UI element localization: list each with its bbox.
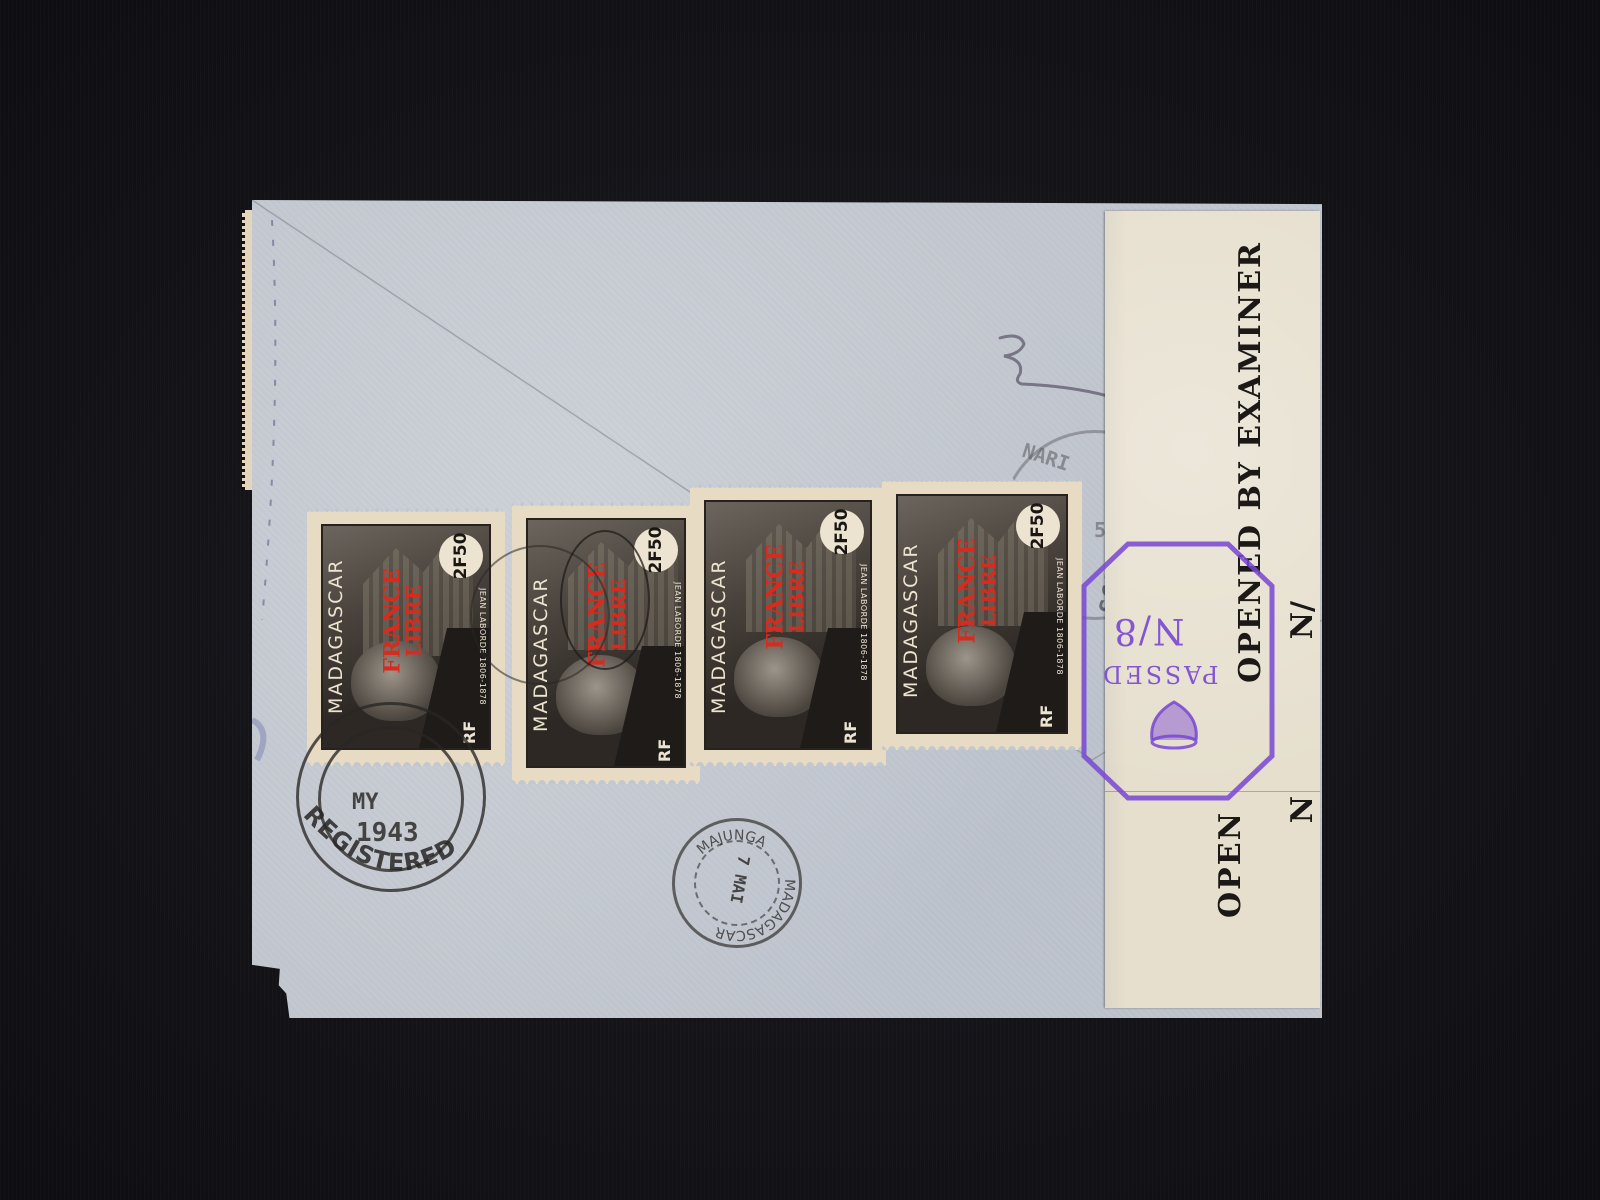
stamp-value: 2F50 [1028,502,1048,549]
passed-handstamp-number: N/8 [1112,610,1185,651]
stamp-design: 2F50 JEAN LABORDE 1806-1878 FRANCELIBRE … [321,524,491,750]
stamp-overprint: FRANCELIBRE [353,566,453,676]
stamp-rf-emblem: RF [1037,705,1056,728]
stamp-design: 2F50 JEAN LABORDE 1806-1878 FRANCELIBRE … [896,494,1068,734]
censor-label-number: N/ [1285,601,1320,639]
overprint-line2: LIBRE [979,538,999,643]
stamp-country: MADAGASCAR [900,508,922,698]
stamp-value: 2F50 [451,532,471,579]
censor-label-text: OPENED BY EXAMINER [1233,241,1268,683]
svg-text:MADAGASCAR: MADAGASCAR [713,879,797,943]
stamp-country: MADAGASCAR [325,524,347,714]
passed-handstamp-word: PASSED [1100,660,1219,688]
crown-icon [1145,698,1203,750]
stamp-overprint: FRANCELIBRE [736,542,836,652]
stamp-inscription: JEAN LABORDE 1806-1878 [673,582,682,699]
stamp-inscription: JEAN LABORDE 1806-1878 [859,564,868,681]
stamp-rf-emblem: RF [655,739,674,762]
censor-label-repeat-text: OPEN [1213,811,1248,918]
stamp: 2F50 JEAN LABORDE 1806-1878 FRANCELIBRE … [882,478,1082,750]
registered-arc-text: REGISTERED [270,780,510,910]
censor-label-fold [1105,791,1320,792]
stamp-design: 2F50 JEAN LABORDE 1806-1878 FRANCELIBRE … [704,500,872,750]
stamp-rf-emblem: RF [460,721,479,744]
censor-label-repeat-number: N [1285,796,1320,823]
svg-text:REGISTERED: REGISTERED [298,800,462,876]
cancel-ring [560,530,650,670]
overprint-line2: LIBRE [787,544,807,649]
stamp-overprint: FRANCELIBRE [928,536,1028,646]
svg-text:MAJUNGA: MAJUNGA [694,828,769,858]
stamp-rf-emblem: RF [841,721,860,744]
stamp-country: MADAGASCAR [708,524,730,714]
stamp-inscription: JEAN LABORDE 1806-1878 [1055,558,1064,675]
overprint-line2: LIBRE [404,568,424,673]
stamp: 2F50 JEAN LABORDE 1806-1878 FRANCELIBRE … [690,484,886,766]
